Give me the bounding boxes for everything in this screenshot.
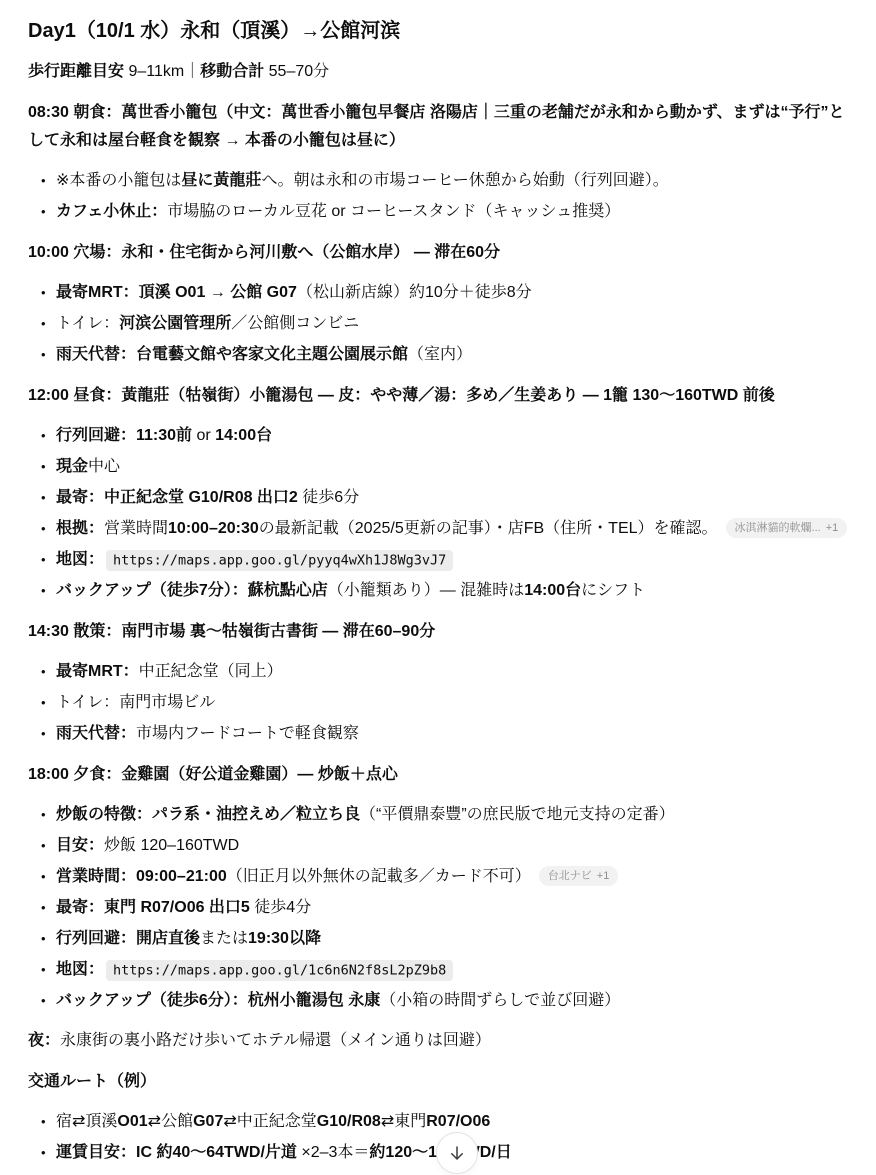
text-segment: 炒飯 120–160TWD <box>104 837 239 854</box>
bullet-icon: • <box>41 577 46 605</box>
text-segment: にシフト <box>581 582 645 599</box>
text-segment: へ。朝は永和の市場コーヒー休憩から始動（行列回避）。 <box>261 172 668 189</box>
text-segment: 運賃目安：IC 約40〜64TWD/片道 <box>56 1144 297 1161</box>
text-segment: 9–11km｜ <box>128 63 200 80</box>
list-item: •雨天代替：市場内フードコートで軽食観察 <box>43 720 850 748</box>
text-segment: の最新記載（2025/5更新の記事）・店FB（住所・TEL）を確認。 <box>259 520 718 537</box>
citation-chip[interactable]: 台北ナビ+1 <box>539 866 619 886</box>
text-segment: （室内） <box>408 346 472 363</box>
section-heading: 08:30 朝食：萬世香小籠包（中文：萬世香小籠包早餐店 洛陽店｜三重の老舗だが… <box>28 99 850 155</box>
text-segment: ⇄東門 <box>381 1113 426 1130</box>
map-link[interactable]: https://maps.app.goo.gl/pyyq4wXh1J8Wg3vJ… <box>106 550 453 571</box>
text-segment: 1籠 130〜160TWD 前後 <box>603 387 775 404</box>
text-segment: 徒歩4分 <box>250 899 311 916</box>
text-segment: 交通ルート（例） <box>28 1073 156 1090</box>
paragraph: 夜：永康街の裏小路だけ歩いてホテル帰還（メイン通りは回避） <box>28 1027 850 1055</box>
bullet-icon: • <box>41 198 46 226</box>
list-item: •最寄MRT：頂溪 O01 → 公館 G07（松山新店線）約10分＋徒歩8分 <box>43 279 850 307</box>
bullet-icon: • <box>41 341 46 369</box>
text-segment: 最寄：東門 R07/O06 出口5 <box>56 899 250 916</box>
text-segment: 市場内フードコートで軽食観察 <box>136 725 359 742</box>
bullet-icon: • <box>41 689 46 717</box>
bullet-icon: • <box>41 1108 46 1136</box>
list-item: •トイレ：南門市場ビル <box>43 689 850 717</box>
list-item: •バックアップ（徒歩7分）：蘇杭點心店（小籠類あり）— 混雑時は14:00台にシ… <box>43 577 850 605</box>
text-segment: 移動合計 <box>200 63 268 80</box>
bullet-icon: • <box>41 956 46 984</box>
text-segment: G10/R08 <box>317 1113 381 1130</box>
text-segment: 行列回避：11:30前 <box>56 427 192 444</box>
bullet-icon: • <box>41 484 46 512</box>
bullet-icon: • <box>41 279 46 307</box>
list-item: •行列回避：11:30前 or 14:00台 <box>43 422 850 450</box>
list-item: •現金中心 <box>43 453 850 481</box>
text-segment: （“平價鼎泰豐”の庶民版で地元支持の定番） <box>360 806 675 823</box>
text-segment: — 滞在60分 <box>409 244 500 261</box>
text-segment: 14:30 散策：南門市場 裏〜牯嶺街古書街 <box>28 623 318 640</box>
text-segment: 行列回避：開店直後 <box>56 930 200 947</box>
list-item: •地図：https://maps.app.goo.gl/pyyq4wXh1J8W… <box>43 546 850 574</box>
text-segment: 河滨公園管理所 <box>119 315 231 332</box>
text-segment: 目安： <box>56 837 104 854</box>
text-segment: O01 <box>117 1113 147 1130</box>
bullet-icon: • <box>41 863 46 891</box>
text-segment: 10:00 穴場：永和・住宅街から河川敷へ（公館水岸） <box>28 244 409 261</box>
text-segment: バックアップ（徒歩7分）：蘇杭點心店 <box>56 582 328 599</box>
bullet-icon: • <box>41 310 46 338</box>
text-segment: 12:00 昼食：黃龍莊（牯嶺街）小籠湯包 — 皮：やや薄／湯：多め／生姜あり … <box>28 387 603 404</box>
list-item: •根拠：営業時間10:00–20:30の最新記載（2025/5更新の記事）・店F… <box>43 515 850 543</box>
bullet-icon: • <box>41 894 46 922</box>
bullet-icon: • <box>41 658 46 686</box>
section-heading: 14:30 散策：南門市場 裏〜牯嶺街古書街 — 滞在60–90分 <box>28 618 850 646</box>
bullet-icon: • <box>41 1139 46 1167</box>
text-segment: 中正紀念堂（同上） <box>139 663 283 680</box>
text-segment: ⇄中正紀念堂 <box>223 1113 316 1130</box>
text-segment: （松山新店線）約10分＋徒歩8分 <box>297 284 532 301</box>
text-segment: 炒飯の特徴：パラ系・油控えめ／粒立ち良 <box>56 806 360 823</box>
down-arrow-icon <box>448 1144 466 1162</box>
text-segment: 市場脇のローカル豆花 or コーヒースタンド（キャッシュ推奨） <box>167 203 620 220</box>
scroll-to-bottom-button[interactable] <box>436 1132 478 1174</box>
text-segment: 雨天代替：台電藝文館や客家文化主題公園展示館 <box>56 346 408 363</box>
text-segment: 地図： <box>56 961 104 978</box>
list-item: •炒飯の特徴：パラ系・油控えめ／粒立ち良（“平價鼎泰豐”の庶民版で地元支持の定番… <box>43 801 850 829</box>
text-segment: 雨天代替： <box>56 725 136 742</box>
text-segment: 滨 <box>380 20 400 42</box>
section-heading: 10:00 穴場：永和・住宅街から河川敷へ（公館水岸） — 滞在60分 <box>28 239 850 267</box>
text-segment: — 滞在60–90分 <box>318 623 435 640</box>
bullet-list: •※本番の小籠包は昼に黃龍莊へ。朝は永和の市場コーヒー休憩から始動（行列回避）。… <box>28 167 850 226</box>
bullet-list: •最寄MRT：頂溪 O01 → 公館 G07（松山新店線）約10分＋徒歩8分•ト… <box>28 279 850 369</box>
list-item: •※本番の小籠包は昼に黃龍莊へ。朝は永和の市場コーヒー休憩から始動（行列回避）。 <box>43 167 850 195</box>
text-segment: 55–70分 <box>269 63 330 80</box>
text-segment: （小箱の時間ずらしで並び回避） <box>380 992 620 1009</box>
section-heading: 交通ルート（例） <box>28 1068 850 1096</box>
section-heading: 18:00 夕食：金雞園（好公道金雞園）— 炒飯＋点心 <box>28 761 850 789</box>
text-segment: バックアップ（徒歩6分）：杭州小籠湯包 永康 <box>56 992 380 1009</box>
list-item: •最寄MRT：中正紀念堂（同上） <box>43 658 850 686</box>
text-segment: 現金 <box>56 458 88 475</box>
section-heading: 12:00 昼食：黃龍莊（牯嶺街）小籠湯包 — 皮：やや薄／湯：多め／生姜あり … <box>28 382 850 410</box>
text-segment: ／公館側コンビニ <box>231 315 359 332</box>
text-segment: 14:00台 <box>524 582 581 599</box>
text-segment: ×2–3本＝ <box>297 1144 370 1161</box>
text-segment: 18:00 夕食：金雞園（好公道金雞園）— 炒飯＋点心 <box>28 766 398 783</box>
text-segment: or <box>192 427 215 444</box>
page-title: Day1（10/1 水）永和（頂溪）→公館河滨 <box>28 16 850 46</box>
paragraph: 歩行距離目安 9–11km｜移動合計 55–70分 <box>28 58 850 86</box>
text-segment: 宿⇄頂溪 <box>56 1113 117 1130</box>
text-segment: カフェ小休止： <box>56 203 167 220</box>
list-item: •最寄：中正紀念堂 G10/R08 出口2 徒歩6分 <box>43 484 850 512</box>
text-segment: R07/O06 <box>426 1113 490 1130</box>
bullet-icon: • <box>41 546 46 574</box>
text-segment: 営業時間：09:00–21:00 <box>56 868 227 885</box>
citation-source-label: 台北ナビ <box>548 868 592 884</box>
list-item: •カフェ小休止：市場脇のローカル豆花 or コーヒースタンド（キャッシュ推奨） <box>43 198 850 226</box>
text-segment: 08:30 朝食：萬世香小籠包（中文：萬世香小籠包早餐店 洛陽店｜三重の老舗だが… <box>28 104 845 149</box>
text-segment: G07 <box>193 1113 223 1130</box>
text-segment: ※本番の小籠包は <box>56 172 181 189</box>
citation-source-label: 冰淇淋貓的軟爛... <box>735 520 821 536</box>
text-segment: 夜： <box>28 1032 60 1049</box>
citation-count: +1 <box>826 520 839 536</box>
text-segment: Day1（10/1 水）永和（頂溪）→公館河 <box>28 20 380 42</box>
text-segment: 昼に黃龍莊 <box>181 172 261 189</box>
list-item: •最寄：東門 R07/O06 出口5 徒歩4分 <box>43 894 850 922</box>
text-segment: 中心 <box>88 458 120 475</box>
text-segment: 19:30以降 <box>248 930 321 947</box>
list-item: •バックアップ（徒歩6分）：杭州小籠湯包 永康（小箱の時間ずらしで並び回避） <box>43 987 850 1015</box>
text-segment: 歩行距離目安 <box>28 63 128 80</box>
bullet-icon: • <box>41 720 46 748</box>
list-item: •行列回避：開店直後または19:30以降 <box>43 925 850 953</box>
list-item: •雨天代替：台電藝文館や客家文化主題公園展示館（室内） <box>43 341 850 369</box>
text-segment: 10:00–20:30 <box>168 520 259 537</box>
text-segment: 最寄：中正紀念堂 G10/R08 出口2 <box>56 489 298 506</box>
text-segment: 永康街の裏小路だけ歩いてホテル帰還（メイン通りは回避） <box>60 1032 491 1049</box>
text-segment: 地図： <box>56 551 104 568</box>
text-segment: 最寄MRT： <box>56 663 139 680</box>
text-segment: または <box>200 930 248 947</box>
text-segment: 最寄MRT：頂溪 O01 → 公館 G07 <box>56 284 297 301</box>
text-segment: （小籠類あり）— 混雑時は <box>328 582 524 599</box>
bullet-icon: • <box>41 167 46 195</box>
text-segment: トイレ：南門市場ビル <box>56 694 215 711</box>
bullet-icon: • <box>41 832 46 860</box>
bullet-icon: • <box>41 422 46 450</box>
text-segment: 14:00台 <box>215 427 272 444</box>
text-segment: 営業時間 <box>104 520 168 537</box>
text-segment: 徒歩6分 <box>298 489 359 506</box>
text-segment: 根拠： <box>56 520 104 537</box>
text-segment: ⇄公館 <box>148 1113 193 1130</box>
bullet-icon: • <box>41 801 46 829</box>
map-link[interactable]: https://maps.app.goo.gl/1c6n6N2f8sL2pZ9b… <box>106 960 453 981</box>
list-item: •営業時間：09:00–21:00（旧正月以外無休の記載多／カード不可）台北ナビ… <box>43 863 850 891</box>
text-segment: （旧正月以外無休の記載多／カード不可） <box>227 868 531 885</box>
text-segment: トイレ： <box>56 315 119 332</box>
bullet-icon: • <box>41 515 46 543</box>
list-item: •トイレ：河滨公園管理所／公館側コンビニ <box>43 310 850 338</box>
citation-chip[interactable]: 冰淇淋貓的軟爛...+1 <box>726 518 848 538</box>
list-item: •地図：https://maps.app.goo.gl/1c6n6N2f8sL2… <box>43 956 850 984</box>
citation-count: +1 <box>597 868 610 884</box>
bullet-icon: • <box>41 987 46 1015</box>
list-item: •目安：炒飯 120–160TWD <box>43 832 850 860</box>
bullet-list: •最寄MRT：中正紀念堂（同上）•トイレ：南門市場ビル•雨天代替：市場内フードコ… <box>28 658 850 748</box>
assistant-message: Day1（10/1 水）永和（頂溪）→公館河滨歩行距離目安 9–11km｜移動合… <box>0 0 876 1167</box>
bullet-icon: • <box>41 453 46 481</box>
list-item: •宿⇄頂溪O01⇄公館G07⇄中正紀念堂G10/R08⇄東門R07/O06 <box>43 1108 850 1136</box>
bullet-icon: • <box>41 925 46 953</box>
bullet-list: •行列回避：11:30前 or 14:00台•現金中心•最寄：中正紀念堂 G10… <box>28 422 850 605</box>
bullet-list: •炒飯の特徴：パラ系・油控えめ／粒立ち良（“平價鼎泰豐”の庶民版で地元支持の定番… <box>28 801 850 1015</box>
